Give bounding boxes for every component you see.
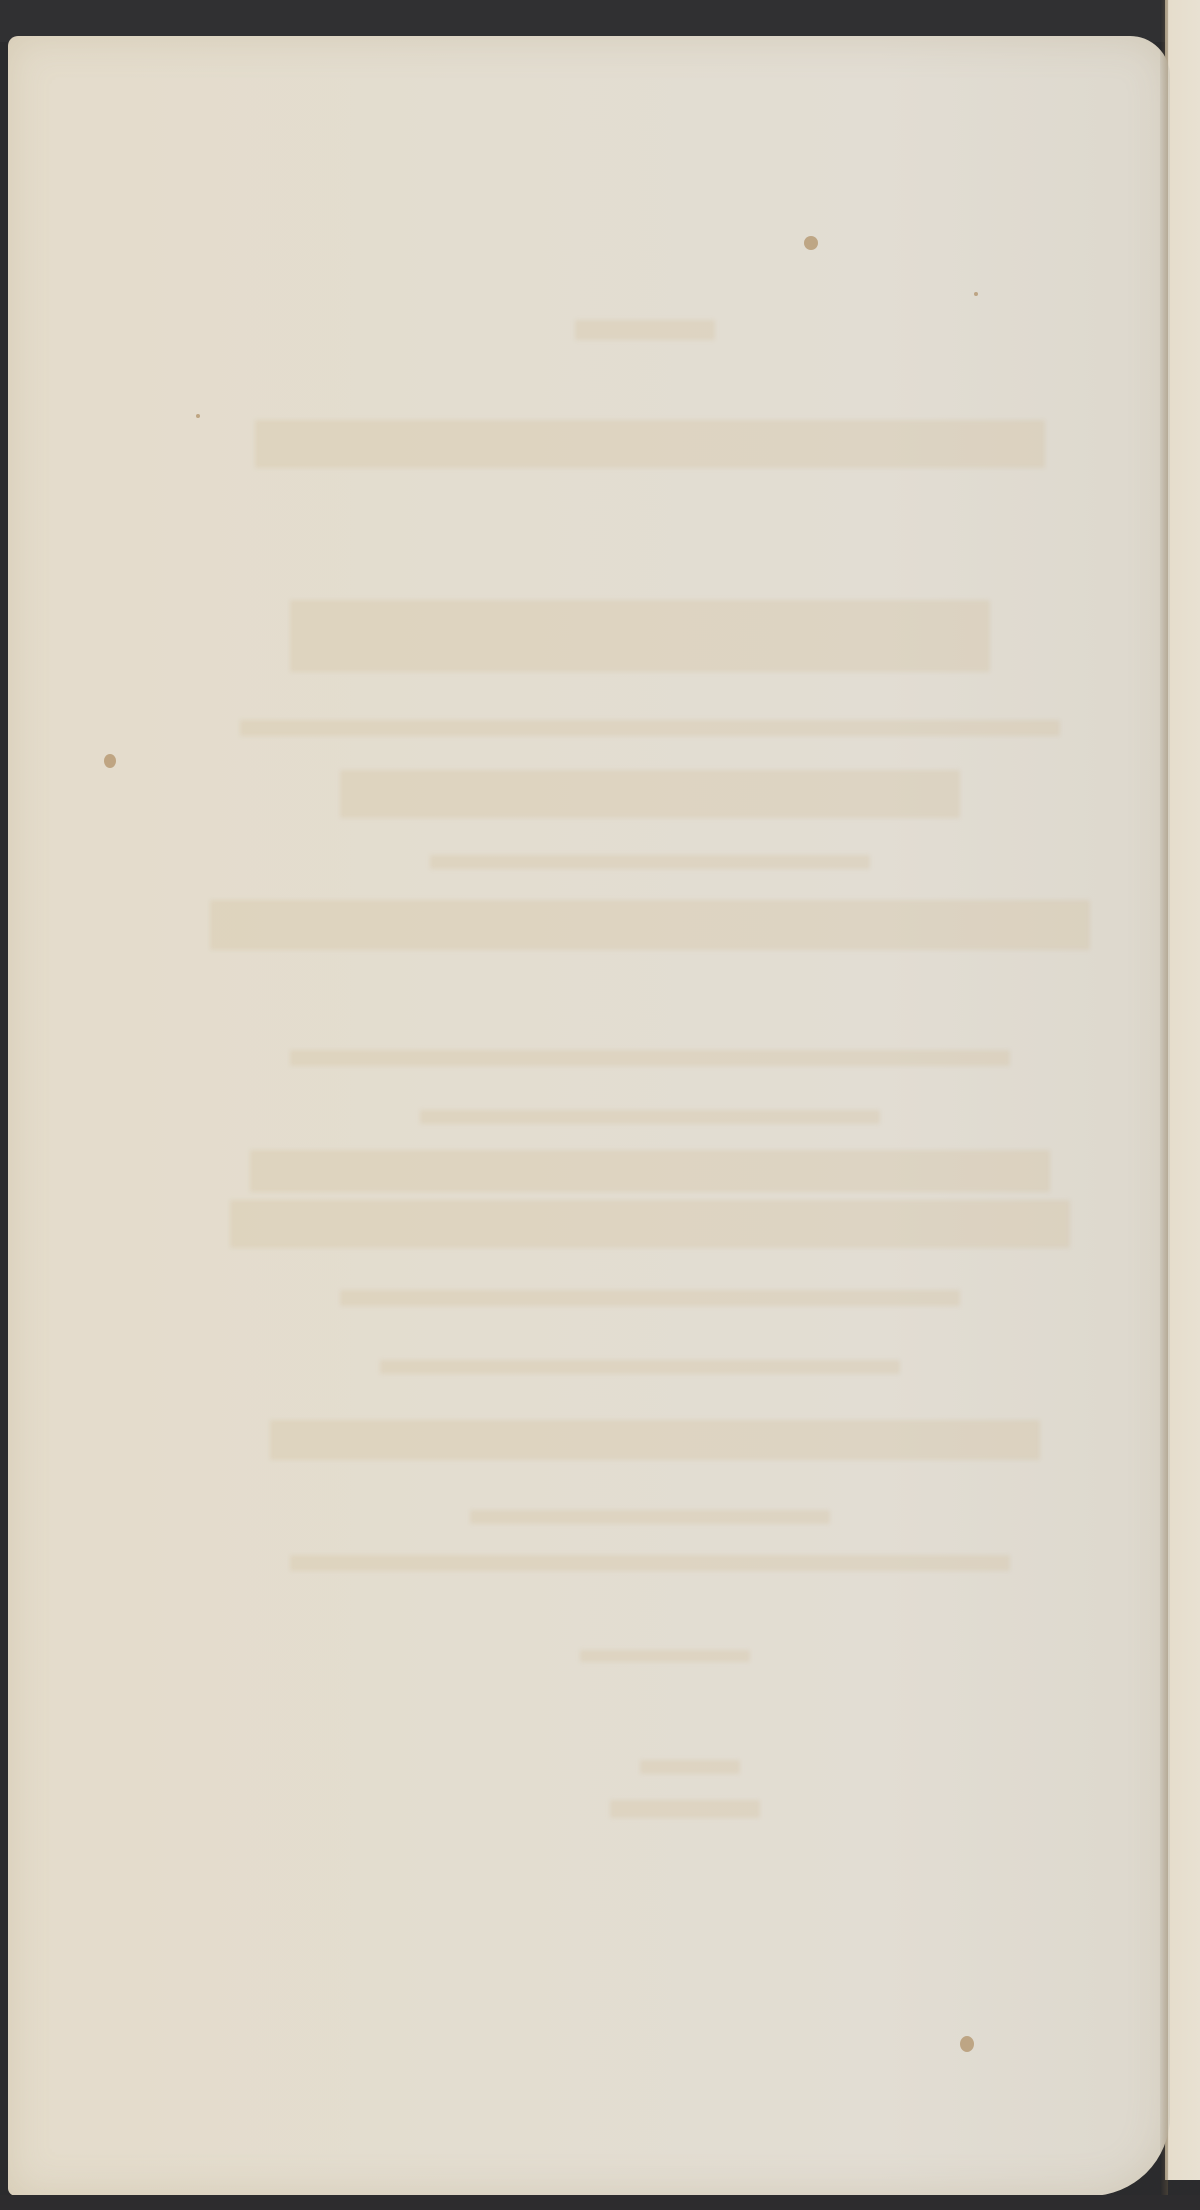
- show-through-line: [610, 1800, 760, 1818]
- show-through-line: [240, 720, 1060, 736]
- show-through-line: [470, 1510, 830, 1524]
- show-through-line: [380, 1360, 900, 1374]
- foxing-spot: [104, 754, 116, 768]
- show-through-line: [290, 600, 990, 672]
- show-through-line: [340, 770, 960, 818]
- show-through-line: [420, 1110, 880, 1124]
- foxing-spot: [804, 236, 818, 250]
- show-through-line: [575, 320, 715, 340]
- show-through-line: [640, 1760, 740, 1774]
- show-through-line: [250, 1150, 1050, 1192]
- show-through-line: [290, 1555, 1010, 1571]
- spine-shadow: [1160, 0, 1168, 2210]
- book-page: [8, 36, 1170, 2196]
- foxing-spot: [960, 2036, 974, 2052]
- show-through-line: [210, 900, 1090, 950]
- show-through-line: [340, 1290, 960, 1306]
- foxing-spot: [974, 292, 978, 296]
- show-through-line: [255, 420, 1045, 468]
- facing-page-edge: [1165, 0, 1200, 2180]
- show-through-line: [230, 1200, 1070, 1248]
- foxing-spot: [196, 414, 200, 418]
- scanner-background-bottom: [0, 2195, 1200, 2210]
- show-through-line: [430, 855, 870, 869]
- show-through-line: [270, 1420, 1040, 1460]
- show-through-line: [290, 1050, 1010, 1066]
- show-through-line: [580, 1650, 750, 1662]
